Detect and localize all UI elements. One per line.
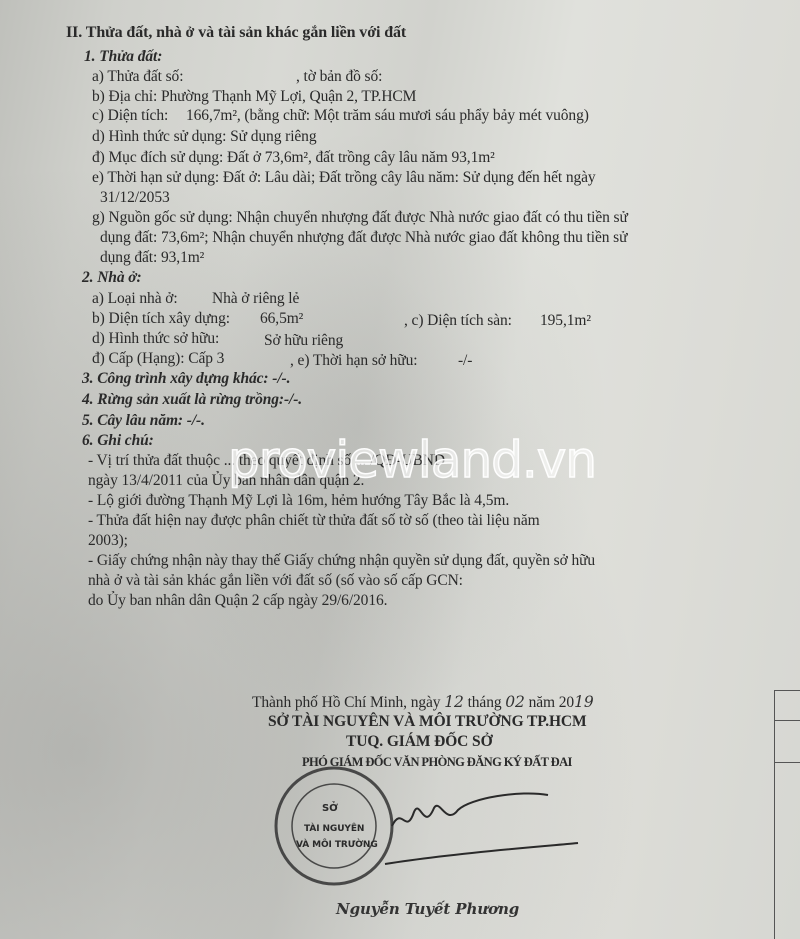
frame-line-3	[774, 762, 800, 763]
frame-line-1	[774, 690, 800, 691]
stamp-center-3: VÀ MÔI TRƯỜNG	[296, 836, 378, 854]
frame-line-2	[774, 720, 800, 721]
signer-name: Nguyễn Tuyết Phương	[336, 900, 519, 918]
stamp-and-signature	[0, 0, 800, 939]
stamp-center-1: SỞ	[322, 800, 338, 818]
signature-stroke	[385, 793, 578, 864]
frame-vertical-line	[774, 690, 775, 939]
